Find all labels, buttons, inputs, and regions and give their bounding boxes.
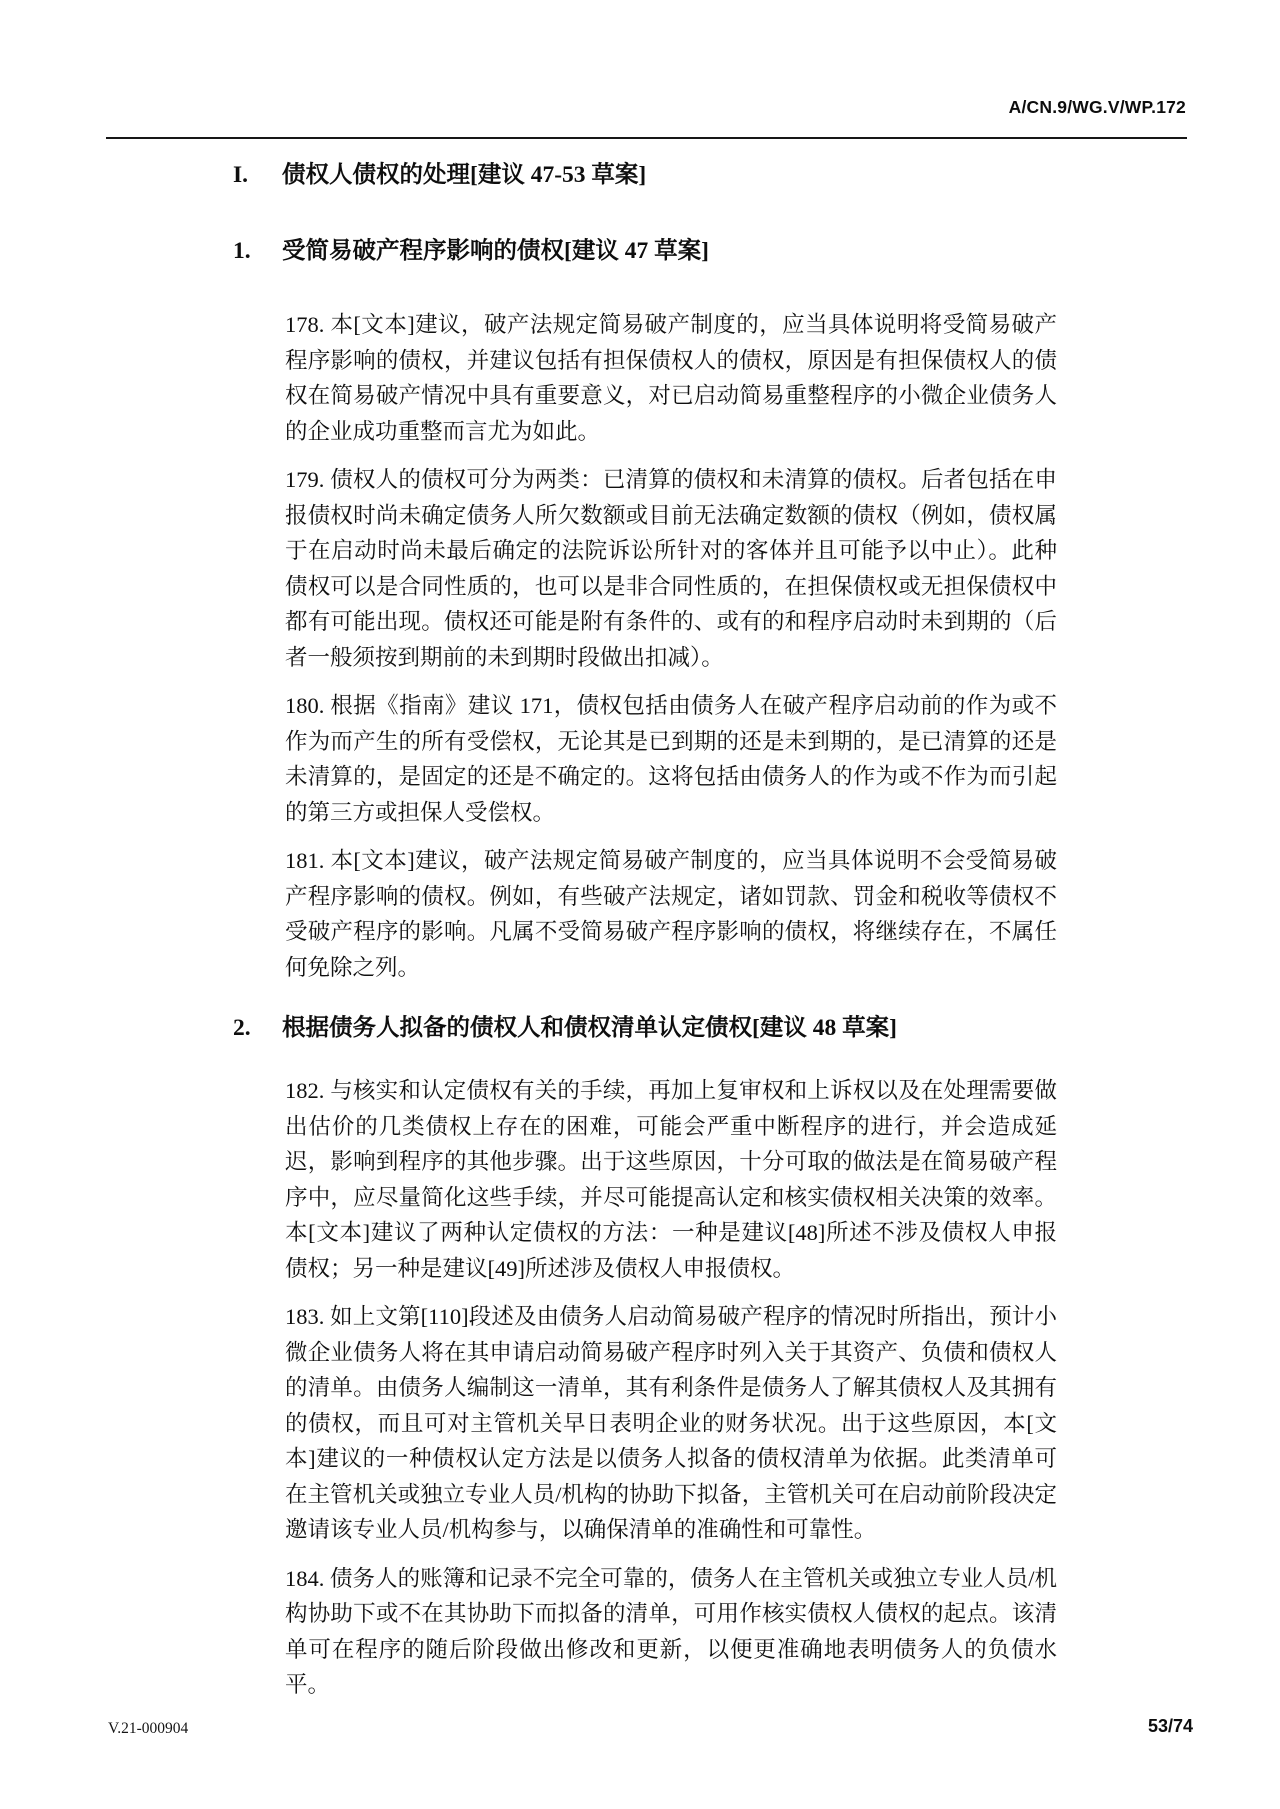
paragraph-183: 183. 如上文第[110]段述及由债务人启动简易破产程序的情况时所指出，预计小… (285, 1299, 1057, 1548)
heading-title: 根据债务人拟备的债权人和债权清单认定债权[建议 48 草案] (282, 1011, 1058, 1045)
heading-number: I. (233, 158, 282, 192)
footer-page-number: 53/74 (1148, 1716, 1193, 1737)
header-divider (106, 137, 1187, 139)
heading-title: 受简易破产程序影响的债权[建议 47 草案] (282, 234, 1058, 268)
page-header: A/CN.9/WG.V/WP.172 (106, 97, 1186, 118)
heading-number: 2. (233, 1011, 282, 1045)
section-heading-i: I. 债权人债权的处理[建议 47-53 草案] (233, 158, 1058, 192)
footer-document-number: V.21-000904 (108, 1720, 188, 1738)
document-body: I. 债权人债权的处理[建议 47-53 草案] 1. 受简易破产程序影响的债权… (233, 158, 1058, 1703)
subsection-heading-2: 2. 根据债务人拟备的债权人和债权清单认定债权[建议 48 草案] (233, 1011, 1058, 1045)
paragraph-179: 179. 债权人的债权可分为两类：已清算的债权和未清算的债权。后者包括在申报债权… (285, 462, 1057, 675)
document-page: A/CN.9/WG.V/WP.172 I. 债权人债权的处理[建议 47-53 … (0, 0, 1280, 1809)
paragraph-181: 181. 本[文本]建议，破产法规定简易破产制度的，应当具体说明不会受简易破产程… (285, 843, 1057, 985)
paragraph-182: 182. 与核实和认定债权有关的手续，再加上复审权和上诉权以及在处理需要做出估价… (285, 1073, 1057, 1286)
paragraph-180: 180. 根据《指南》建议 171，债权包括由债务人在破产程序启动前的作为或不作… (285, 688, 1057, 830)
document-symbol: A/CN.9/WG.V/WP.172 (1009, 97, 1186, 117)
heading-title: 债权人债权的处理[建议 47-53 草案] (282, 158, 1058, 192)
subsection-heading-1: 1. 受简易破产程序影响的债权[建议 47 草案] (233, 234, 1058, 268)
paragraph-178: 178. 本[文本]建议，破产法规定简易破产制度的，应当具体说明将受简易破产程序… (285, 307, 1057, 449)
heading-number: 1. (233, 234, 282, 268)
paragraph-184: 184. 债务人的账簿和记录不完全可靠的，债务人在主管机关或独立专业人员/机构协… (285, 1561, 1057, 1703)
